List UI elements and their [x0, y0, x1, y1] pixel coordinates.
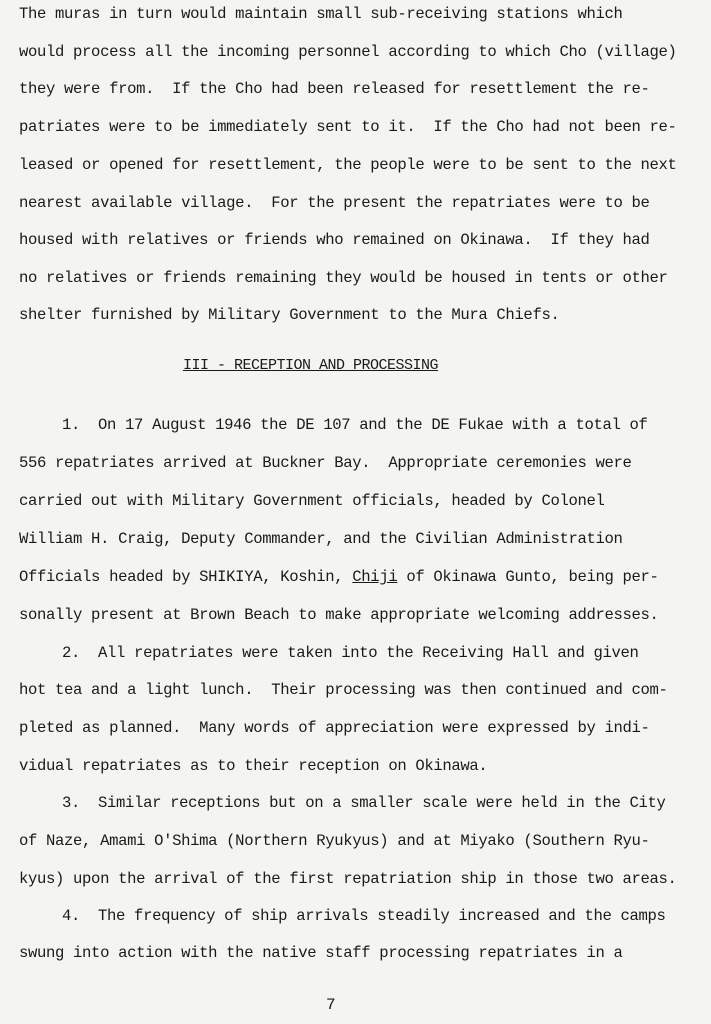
paragraph-4-line: swung into action with the native staff …	[19, 943, 623, 963]
text-line: leased or opened for resettlement, the p…	[19, 155, 677, 175]
document-page: The muras in turn would maintain small s…	[0, 0, 711, 1024]
text-line: they were from. If the Cho had been rele…	[19, 79, 650, 99]
text-line: patriates were to be immediately sent to…	[19, 117, 677, 137]
paragraph-1-line: sonally present at Brown Beach to make a…	[19, 605, 659, 625]
paragraph-3-line: of Naze, Amami O'Shima (Northern Ryukyus…	[19, 831, 650, 851]
paragraph-2-line: hot tea and a light lunch. Their process…	[19, 680, 668, 700]
section-heading: III - RECEPTION AND PROCESSING	[183, 356, 438, 376]
paragraph-2-line: 2. All repatriates were taken into the R…	[62, 643, 639, 663]
text-line: nearest available village. For the prese…	[19, 193, 650, 213]
text-line: The muras in turn would maintain small s…	[19, 4, 623, 24]
paragraph-3-line: kyus) upon the arrival of the first repa…	[19, 869, 677, 889]
text-line: would process all the incoming personnel…	[19, 42, 677, 62]
paragraph-4-line: 4. The frequency of ship arrivals steadi…	[62, 906, 666, 926]
paragraph-2-line: pleted as planned. Many words of appreci…	[19, 718, 650, 738]
text-line: shelter furnished by Military Government…	[19, 305, 559, 325]
text-span: Officials headed by SHIKIYA, Koshin,	[19, 568, 352, 586]
paragraph-1-line: carried out with Military Government off…	[19, 491, 605, 511]
paragraph-1-line: 556 repatriates arrived at Buckner Bay. …	[19, 453, 632, 473]
paragraph-1-line: William H. Craig, Deputy Commander, and …	[19, 529, 623, 549]
paragraph-2-line: vidual repatriates as to their reception…	[19, 756, 487, 776]
page-number: 7	[326, 996, 336, 1014]
paragraph-3-line: 3. Similar receptions but on a smaller s…	[62, 793, 666, 813]
paragraph-1-line: 1. On 17 August 1946 the DE 107 and the …	[62, 415, 648, 435]
text-line: housed with relatives or friends who rem…	[19, 230, 650, 250]
text-line: no relatives or friends remaining they w…	[19, 268, 668, 288]
underlined-term: Chiji	[352, 568, 397, 586]
text-span: of Okinawa Gunto, being per-	[397, 568, 658, 586]
paragraph-1-line: Officials headed by SHIKIYA, Koshin, Chi…	[19, 567, 659, 587]
